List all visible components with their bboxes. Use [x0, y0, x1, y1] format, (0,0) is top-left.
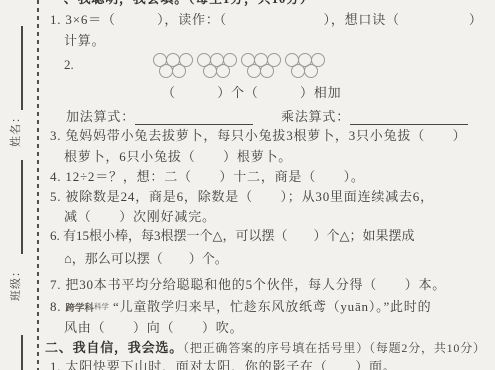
section2-heading-bold: 二、我自信，我会选。 — [45, 340, 183, 355]
class-label: 班级： — [7, 267, 23, 301]
circle-groups — [153, 53, 324, 78]
circle-group — [197, 53, 236, 78]
section2-heading-note: （把正确答案的序号填在括号里）（每题2分，共10分） — [183, 341, 486, 355]
question-2-caption: （ ）个（ ）相加 — [162, 85, 341, 101]
question-8-line1: 8. 跨学科科学 “儿童散学归来早，忙趁东风放纸鸢（yuān）。”此时的 — [50, 299, 431, 317]
circle-row — [204, 64, 230, 78]
circle-icon — [247, 64, 261, 78]
circle-icon — [216, 64, 230, 78]
question-4: 4. 12÷2＝？，想：二（ ）十二，商是（ ）。 — [50, 169, 365, 185]
circle-group — [241, 53, 280, 78]
multiplication-equation-label: 乘法算式： — [281, 106, 350, 125]
question-6-line1: 6. 有15根小棒，每3根摆一个△，可以摆（ ）个△；如果摆成 — [50, 228, 415, 244]
question-2-equations: 加法算式：乘法算式： — [66, 106, 468, 125]
circle-icon — [172, 64, 186, 78]
circle-icon — [260, 64, 274, 78]
addition-equation-label: 加法算式： — [66, 106, 135, 125]
question-1-line1: 1. 3×6＝（ ），读作：（ ），想口诀（ ） — [50, 12, 483, 28]
binding-dashed-line — [37, 0, 39, 370]
name-label: 姓名： — [7, 113, 23, 147]
question-8-line2: 风由（ ）向（ ）吹。 — [64, 320, 243, 336]
extra-blank-line — [21, 335, 23, 370]
question-5-line2: 减（ ）次刚好减完。 — [64, 209, 216, 225]
cross-subject-badge: 跨学科 — [65, 304, 94, 314]
section1-heading: 一、我聪明，我会填。（每空1分，共10分） — [50, 0, 314, 7]
circle-icon — [159, 64, 173, 78]
class-blank-line — [21, 160, 23, 254]
question-8-text: “儿童散学归来早，忙趁东风放纸鸢（yuān）。”此时的 — [113, 299, 431, 314]
question-1-line2: 计算。 — [64, 33, 105, 49]
question-3-line1: 3. 兔妈妈带小兔去拔萝卜，每只小兔拔3根萝卜，3只小兔拔（ ） — [50, 128, 466, 144]
multiplication-equation-blank — [350, 111, 468, 125]
section2-question-1: 1. 太阳快要下山时，面对太阳，你的影子在（ ）面。 — [50, 359, 397, 370]
question-7: 7. 把30本书平均分给聪聪和他的5个伙伴，每人分得（ ）本。 — [50, 277, 446, 293]
question-5-line1: 5. 被除数是24，商是6，除数是（ ）；从30里面连续减去6， — [50, 189, 434, 205]
question-6-line2: ⌂，那么可以摆（ ）个。 — [64, 251, 228, 267]
circle-icon — [203, 64, 217, 78]
addition-equation-blank — [135, 111, 253, 125]
name-blank-line — [21, 26, 23, 110]
question-2-number: 2. — [64, 57, 74, 73]
circle-icon — [304, 64, 318, 78]
cross-subject-badge-sub: 科学 — [94, 302, 109, 311]
circle-row — [160, 64, 186, 78]
question-8-number: 8. — [50, 299, 61, 314]
circle-icon — [291, 64, 305, 78]
circle-row — [248, 64, 274, 78]
circle-group — [153, 53, 192, 78]
circle-group — [285, 53, 324, 78]
section2-heading: 二、我自信，我会选。（把正确答案的序号填在括号里）（每题2分，共10分） — [45, 340, 486, 356]
scanned-worksheet-page: 姓名： 班级： 一、我聪明，我会填。（每空1分，共10分） 1. 3×6＝（ ）… — [0, 0, 495, 370]
circle-row — [292, 64, 318, 78]
question-3-line2: 根萝卜，6只小兔拔（ ）根萝卜。 — [64, 149, 292, 165]
